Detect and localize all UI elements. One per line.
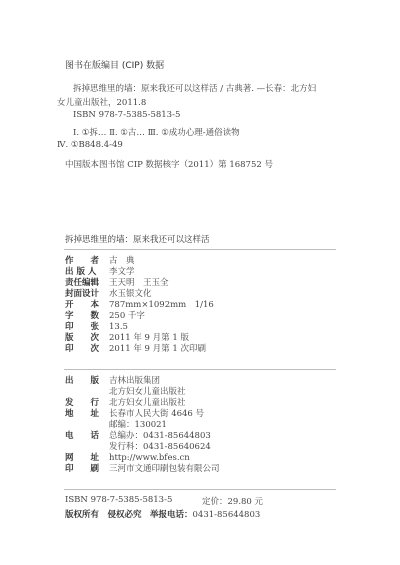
- cip-line-1: 拆掉思维里的墙：原来我还可以这样活 / 古典著. —长春：北方妇: [73, 82, 316, 94]
- footer-rights: 版权所有 侵权必究 举报电话：0431-85644803: [65, 508, 260, 520]
- cip-isbn: ISBN 978-7-5385-5813-5: [73, 110, 180, 120]
- rights-text: 版权所有 侵权必究 举报电话：: [65, 510, 193, 520]
- cip-heading: 图书在版编目 (CIP) 数据: [65, 58, 164, 71]
- credit-label: 印 次: [65, 343, 109, 355]
- book-title: 拆掉思维里的墙：原来我还可以这样活: [65, 233, 210, 245]
- divider-bottom: [64, 489, 336, 490]
- cip-line-2: 女儿童出版社，2011.8: [57, 96, 146, 108]
- footer-price: 定价：29.80 元: [202, 495, 263, 507]
- cip-class-line-2: Ⅳ. ①B848.4-49: [57, 140, 123, 150]
- info-label: 印 刷: [65, 463, 109, 475]
- divider-middle: [64, 369, 336, 370]
- report-phone: 0431-85644803: [193, 510, 261, 520]
- cip-record-number: 中国版本图书馆 CIP 数据核字（2011）第 168752 号: [65, 158, 273, 170]
- divider-top: [64, 249, 336, 250]
- credit-row-printing: 印 次2011 年 9 月第 1 次印刷: [65, 343, 206, 355]
- cip-class-line-1: Ⅰ. ①拆… Ⅱ. ①古… Ⅲ. ①成功心理-通俗读物: [73, 126, 240, 138]
- footer-isbn: ISBN 978-7-5385-5813-5: [65, 495, 172, 505]
- info-row-printer: 印 刷三河市文通印刷包装有限公司: [65, 463, 220, 475]
- credit-value: 2011 年 9 月第 1 次印刷: [109, 343, 206, 355]
- info-value: 三河市文通印刷包装有限公司: [109, 463, 220, 475]
